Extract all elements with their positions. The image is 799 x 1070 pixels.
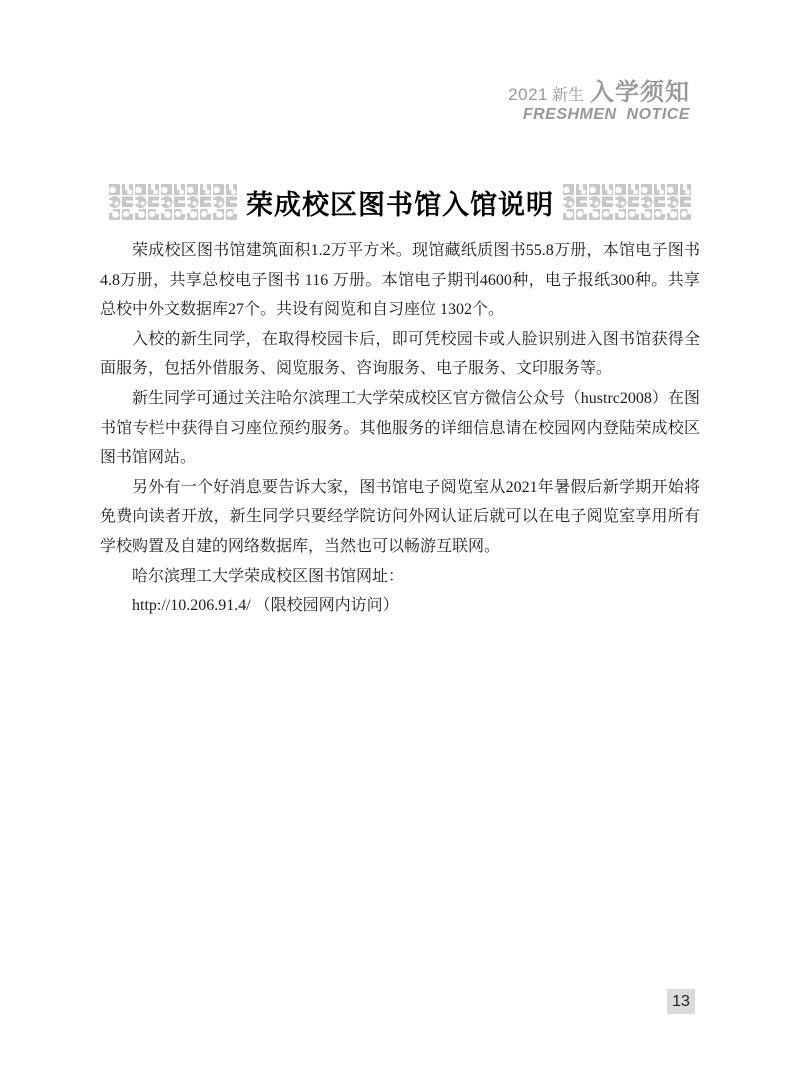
body-text: 荣成校区图书馆建筑面积1.2万平方米。现馆藏纸质图书55.8万册，本馆电子图书4… — [100, 236, 700, 621]
library-url-line: http://10.206.91.4/ （限校园网内访问） — [100, 591, 700, 621]
body-paragraph: 入校的新生同学，在取得校园卡后，即可凭校园卡或人脸识别进入图书馆获得全面服务，包… — [100, 325, 700, 384]
section-title-row: 荣成校区图书馆入馆说明 — [108, 183, 692, 221]
header-year: 2021 — [508, 85, 548, 104]
body-paragraph: 荣成校区图书馆建筑面积1.2万平方米。现馆藏纸质图书55.8万册，本馆电子图书4… — [100, 236, 700, 325]
body-paragraph: 哈尔滨理工大学荣成校区图书馆网址： — [100, 562, 700, 592]
header-line-cn: 2021新生入学须知 — [508, 80, 690, 105]
ornament-band-right-icon — [562, 183, 692, 221]
header-title-en: FRESHMEN NOTICE — [508, 107, 690, 124]
document-page: 2021新生入学须知 FRESHMEN NOTICE 荣成校区图书馆入馆说明 荣… — [0, 0, 799, 1070]
body-paragraph: 新生同学可通过关注哈尔滨理工大学荣成校区官方微信公众号（hustrc2008）在… — [100, 384, 700, 473]
page-header: 2021新生入学须知 FRESHMEN NOTICE — [508, 80, 690, 124]
page-number-badge: 13 — [667, 989, 695, 1014]
header-tag-cn: 新生 — [552, 87, 584, 104]
header-title-cn: 入学须知 — [590, 79, 690, 106]
body-paragraph: 另外有一个好消息要告诉大家，图书馆电子阅览室从2021年暑假后新学期开始将免费向… — [100, 473, 700, 562]
section-title: 荣成校区图书馆入馆说明 — [244, 183, 556, 222]
ornament-band-left-icon — [108, 183, 238, 221]
